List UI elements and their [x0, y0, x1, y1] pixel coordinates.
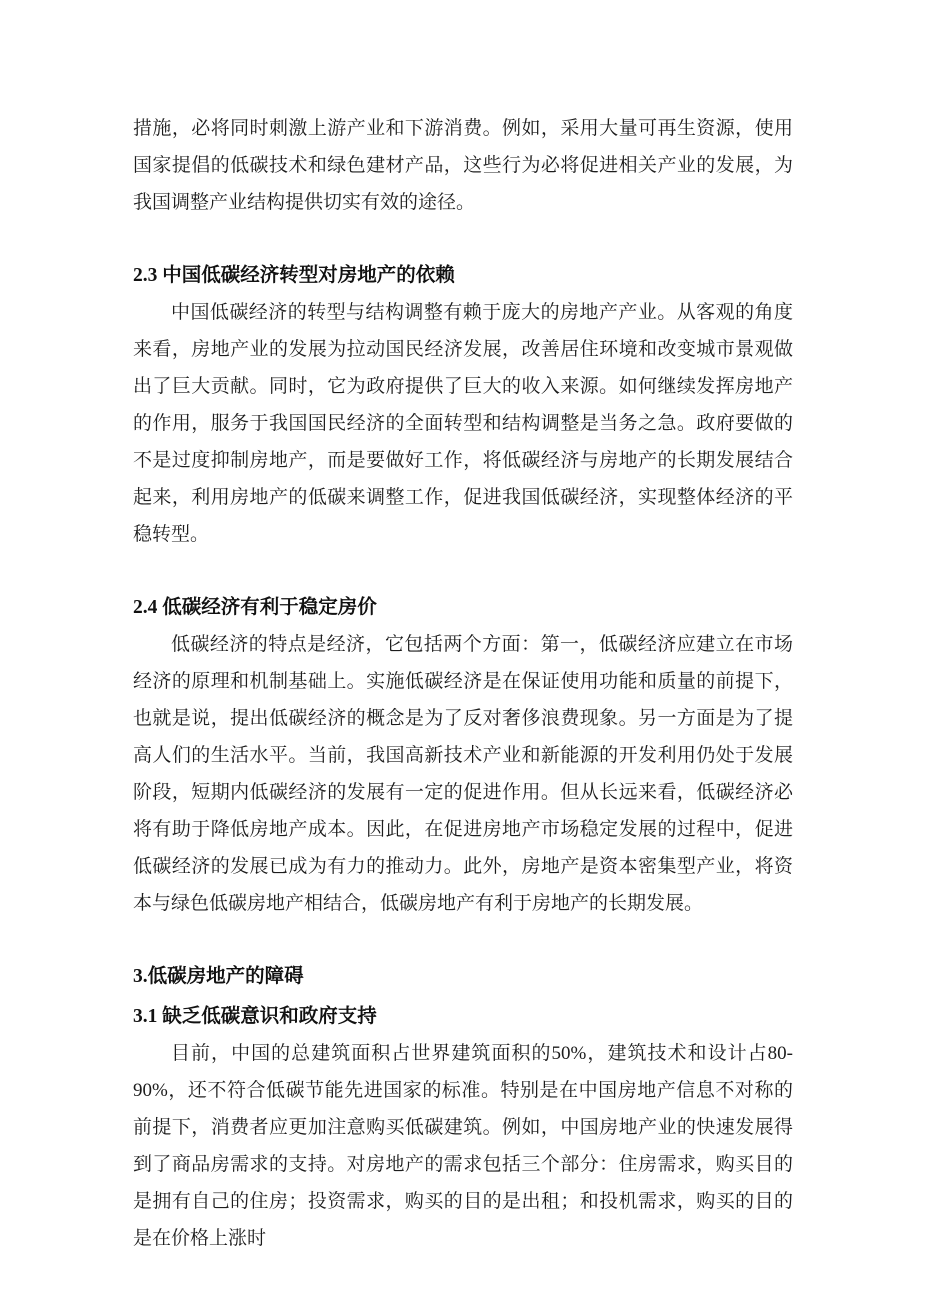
body-paragraph: 低碳经济的特点是经济，它包括两个方面：第一，低碳经济应建立在市场经济的原理和机制… [133, 626, 793, 922]
section-heading-3-1: 3.1 缺乏低碳意识和政府支持 [133, 998, 793, 1035]
section-heading-2-4: 2.4 低碳经济有利于稳定房价 [133, 589, 793, 626]
section-heading-3: 3.低碳房地产的障碍 [133, 958, 793, 995]
section-heading-2-3: 2.3 中国低碳经济转型对房地产的依赖 [133, 257, 793, 294]
body-paragraph: 中国低碳经济的转型与结构调整有赖于庞大的房地产产业。从客观的角度来看，房地产业的… [133, 294, 793, 553]
body-paragraph-continuation: 措施，必将同时刺激上游产业和下游消费。例如，采用大量可再生资源，使用国家提倡的低… [133, 110, 793, 221]
document-page: 措施，必将同时刺激上游产业和下游消费。例如，采用大量可再生资源，使用国家提倡的低… [0, 0, 926, 1309]
body-paragraph: 目前，中国的总建筑面积占世界建筑面积的50%，建筑技术和设计占80-90%，还不… [133, 1035, 793, 1257]
